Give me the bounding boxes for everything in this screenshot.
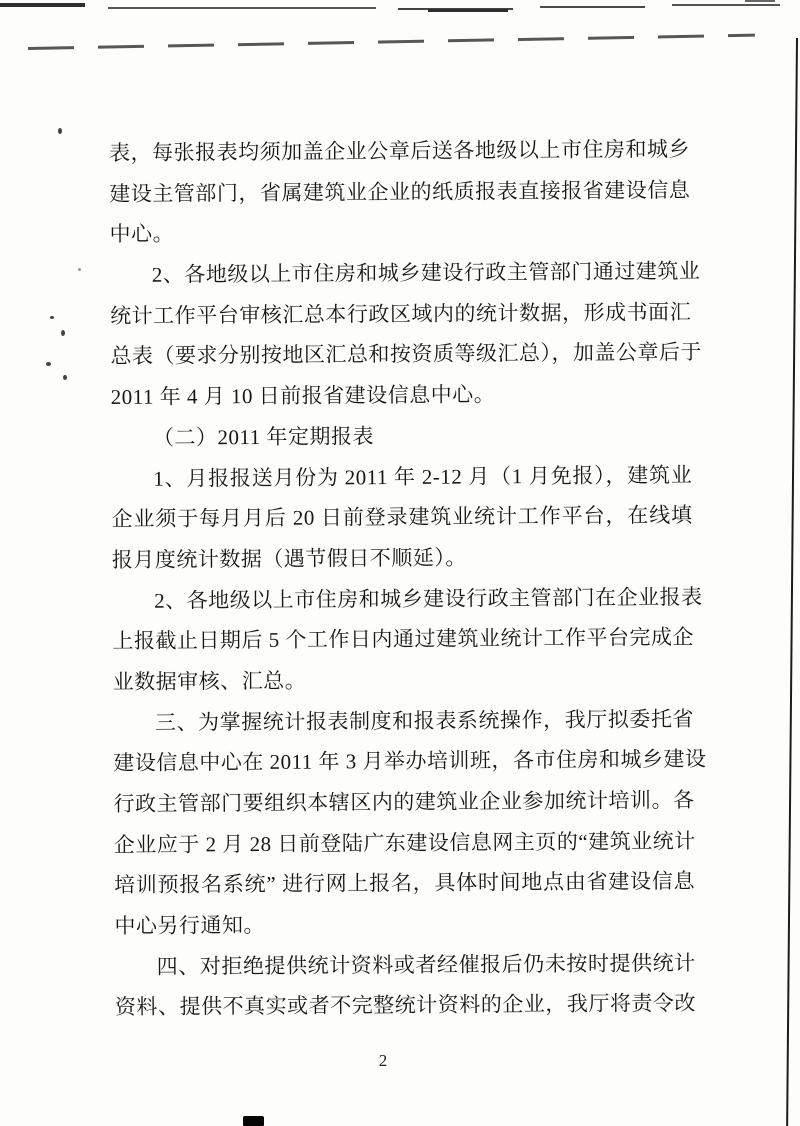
text-line: （二）2011 年定期报表 bbox=[111, 414, 692, 459]
text-line: 企业须于每月月后 20 日前登录建筑业统计工作平台，在线填 bbox=[111, 495, 692, 540]
scan-artifact-right-edge-line bbox=[786, 38, 798, 1126]
text-line: 表，每张报表均须加盖企业公章后送各地级以上市住房和城乡 bbox=[109, 129, 690, 174]
scan-artifact-segment bbox=[428, 9, 508, 12]
text-line: 总表（要求分别按地区汇总和按资质等级汇总），加盖公章后于 bbox=[110, 332, 691, 377]
text-line: 建设主管部门，省属建筑业企业的纸质报表直接报省建设信息 bbox=[109, 170, 690, 215]
text-line: 1、月报报送月份为 2011 年 2-12 月（1 月免报），建筑业 bbox=[111, 454, 692, 499]
scan-artifact-segment bbox=[0, 3, 85, 7]
text-line: 中心另行通知。 bbox=[114, 902, 695, 947]
ink-speck bbox=[61, 330, 65, 336]
text-line: 资料、提供不真实或者不完整统计资料的企业，我厅将责令改 bbox=[115, 983, 696, 1028]
text-line: 建设信息中心在 2011 年 3 月举办培训班，各市住房和城乡建设 bbox=[113, 739, 694, 784]
scan-artifact-segment bbox=[672, 4, 780, 6]
scan-artifact-segment bbox=[540, 6, 645, 8]
text-line: 四、对拒绝提供统计资料或者经催报后仍未按时提供统计 bbox=[115, 943, 696, 988]
text-line: 中心。 bbox=[109, 210, 690, 255]
text-line: 2011 年 4 月 10 日前报省建设信息中心。 bbox=[111, 373, 692, 418]
text-line: 企业应于 2 月 28 日前登陆广东建设信息网主页的“建筑业统计 bbox=[114, 821, 695, 866]
text-line: 2、各地级以上市住房和城乡建设行政主管部门在企业报表 bbox=[112, 577, 693, 622]
scan-artifact-segment bbox=[108, 7, 376, 9]
ink-speck bbox=[63, 375, 67, 380]
scan-artifact-dashed-line bbox=[28, 34, 755, 50]
text-line: 培训预报名系统” 进行网上报名，具体时间地点由省建设信息 bbox=[114, 861, 695, 906]
text-line: 三、为掌握统计报表制度和报表系统操作，我厅拟委托省 bbox=[113, 699, 694, 744]
text-line: 上报截止日期后 5 个工作日内通过建筑业统计工作平台完成企 bbox=[112, 617, 693, 662]
ink-speck bbox=[58, 128, 62, 134]
ink-speck bbox=[46, 362, 51, 366]
text-line: 统计工作平台审核汇总本行政区域内的统计数据，形成书面汇 bbox=[110, 292, 691, 337]
ink-speck bbox=[50, 316, 54, 319]
document-body: 表，每张报表均须加盖企业公章后送各地级以上市住房和城乡建设主管部门，省属建筑业企… bbox=[109, 129, 696, 1028]
ink-speck bbox=[78, 268, 81, 271]
document-page: 表，每张报表均须加盖企业公章后送各地级以上市住房和城乡建设主管部门，省属建筑业企… bbox=[0, 0, 800, 1126]
text-line: 行政主管部门要组织本辖区内的建筑业企业参加统计培训。各 bbox=[113, 780, 694, 825]
scan-artifact-segment bbox=[745, 0, 775, 2]
text-line: 2、各地级以上市住房和城乡建设行政主管部门通过建筑业 bbox=[110, 251, 691, 296]
text-line: 业数据审核、汇总。 bbox=[113, 658, 694, 703]
page-number: 2 bbox=[0, 1051, 766, 1071]
text-line: 报月度统计数据（遇节假日不顺延）。 bbox=[112, 536, 693, 581]
scan-artifact-bottom-mark bbox=[243, 1116, 264, 1126]
